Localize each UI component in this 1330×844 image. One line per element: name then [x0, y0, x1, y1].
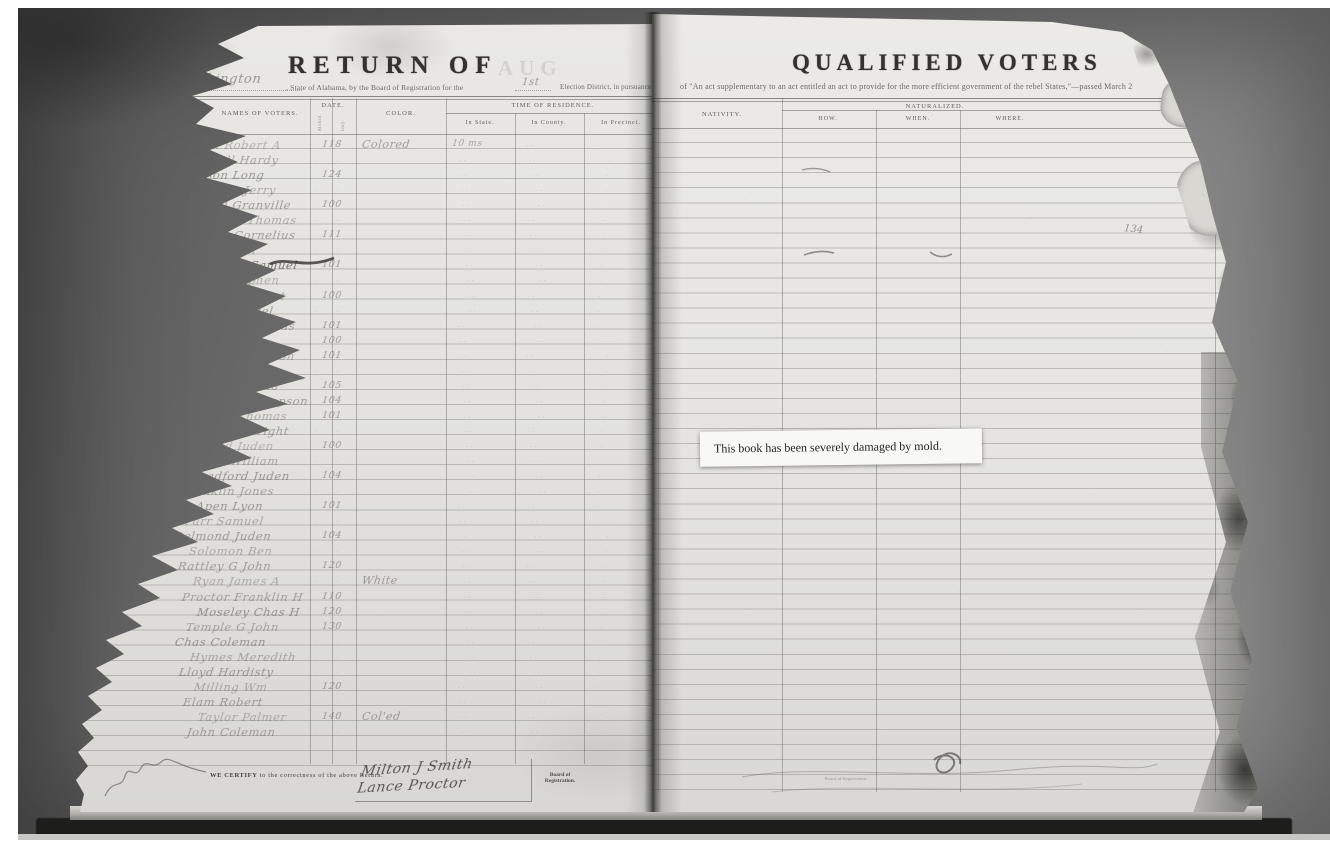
- book-spine: [644, 12, 662, 812]
- right-page: QUALIFIED VOTERS of "An act supplementar…: [652, 12, 1272, 812]
- screenshot-root: RETURN OF AUG of Washington , State of A…: [0, 0, 1330, 844]
- certify-lead: WE CERTIFY: [210, 772, 258, 779]
- photo-bottom-strip: [18, 834, 1330, 840]
- board-label-offset-print: Board of Registration.: [824, 776, 868, 781]
- board-of-registration-label: Board of Registration.: [538, 772, 582, 785]
- archivist-note-slip: This book has been severely damaged by m…: [700, 428, 982, 466]
- mold-note-text: This book has been severely damaged by m…: [714, 439, 942, 457]
